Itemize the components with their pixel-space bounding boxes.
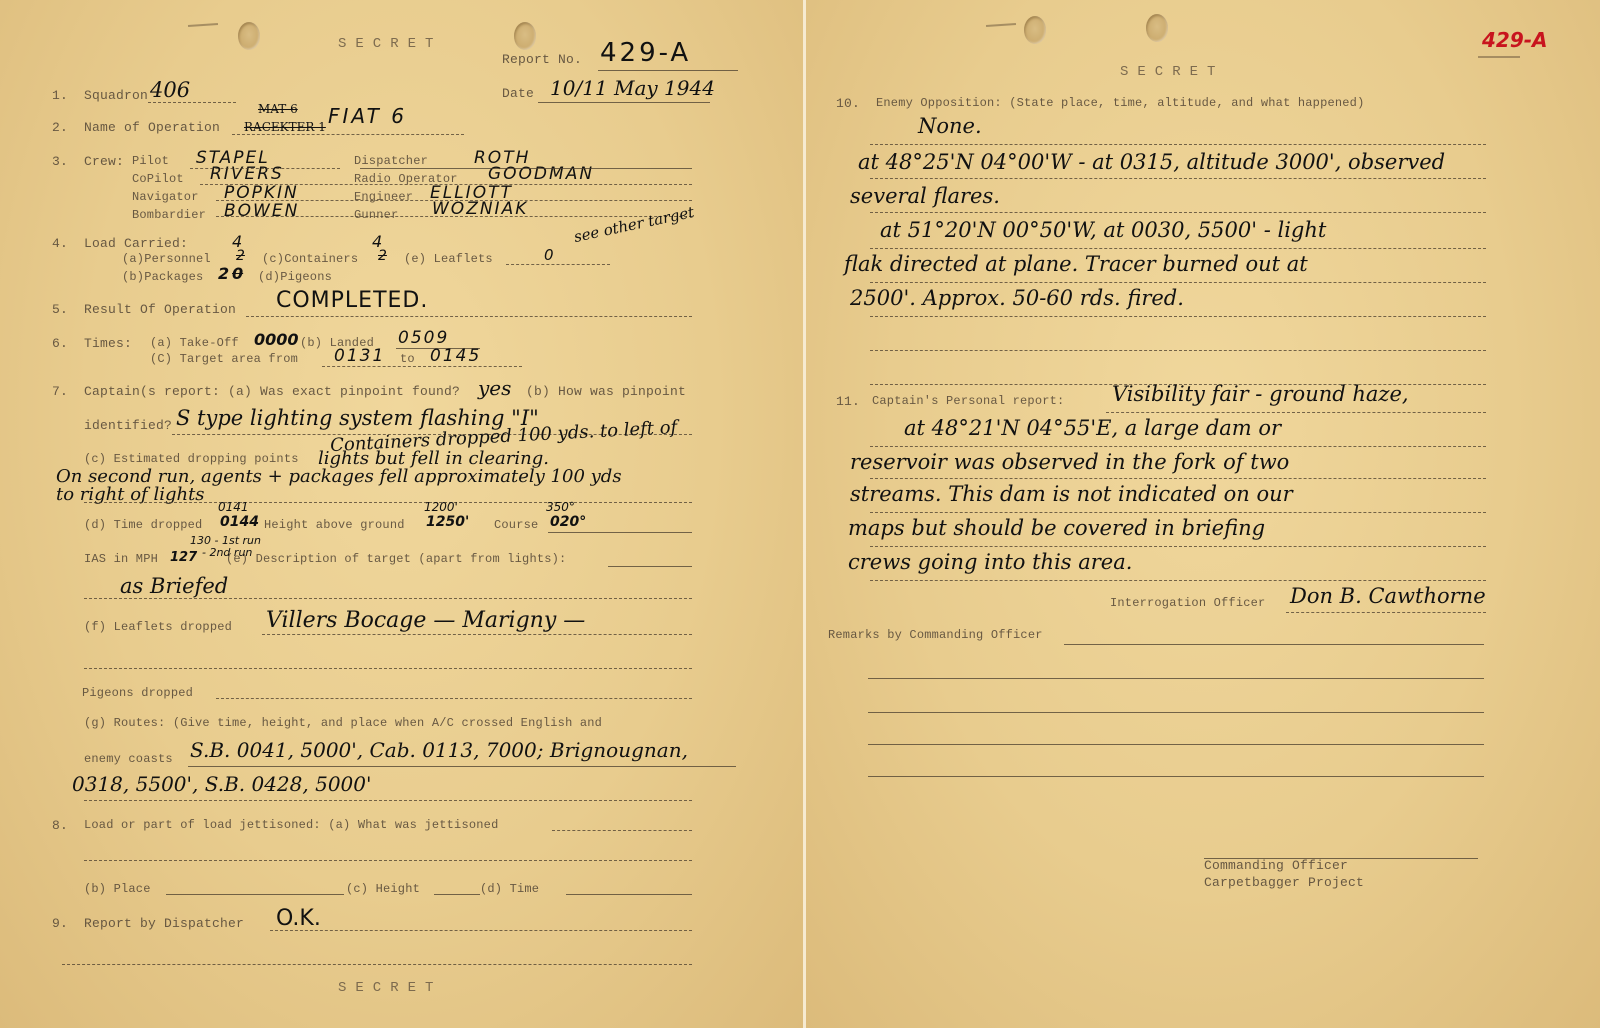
crew-line	[190, 168, 340, 169]
jettisoned-label: Load or part of load jettisoned: (a) Wha…	[84, 818, 498, 832]
target-description-line	[84, 598, 692, 599]
date-line	[538, 102, 710, 103]
leaflets-dropped-label: (f) Leaflets dropped	[84, 620, 232, 634]
operation-struck-name: RACEKTER 1	[244, 120, 326, 134]
dropping-points-line	[84, 502, 692, 503]
personal-report-text: at 48°21'N 04°55'E, a large dam or	[904, 416, 1281, 440]
captain-report-label: Captain(s report: (a) Was exact pinpoint…	[84, 384, 460, 399]
paper-tear	[188, 23, 218, 27]
target-to-label: to	[400, 352, 415, 366]
punch-hole	[238, 22, 260, 50]
leaflets-note: see other target	[572, 203, 695, 246]
squadron-line	[148, 102, 236, 103]
item-number: 9.	[52, 916, 68, 931]
course-line	[548, 532, 692, 533]
report-number-stamp: 429-A	[1482, 28, 1548, 52]
leaflets-dropped-value: Villers Bocage — Marigny —	[266, 608, 585, 633]
interrogation-officer-signature: Don B. Cawthorne	[1290, 584, 1486, 608]
report-no-value: 429-A	[600, 38, 691, 68]
enemy-line	[870, 350, 1486, 351]
load-label: Load Carried:	[84, 236, 188, 251]
squadron-value: 406	[150, 78, 190, 102]
result-line	[246, 316, 692, 317]
ias-value: 127	[170, 550, 197, 565]
report-no-line	[598, 70, 738, 71]
packages-label: (b)Packages	[122, 270, 203, 284]
times-label: Times:	[84, 336, 132, 351]
operation-label: Name of Operation	[84, 120, 220, 135]
pigeons-dropped-line	[216, 698, 692, 699]
punch-hole	[514, 22, 536, 50]
personal-line	[870, 546, 1486, 547]
crew-line	[360, 168, 692, 169]
course-first: 350°	[546, 500, 575, 514]
personal-line	[870, 512, 1486, 513]
paper-tear	[986, 23, 1016, 27]
target-to-value: 0145	[430, 346, 481, 366]
personal-report-text: crews going into this area.	[848, 550, 1132, 574]
item-number: 2.	[52, 120, 68, 135]
enemy-opposition-text: at 48°25'N 04°00'W - at 0315, altitude 3…	[858, 150, 1445, 174]
personnel-struck: 2	[236, 248, 245, 264]
height-label: Height above ground	[264, 518, 405, 532]
enemy-opposition-text: None.	[918, 114, 982, 138]
routes-line	[84, 800, 692, 801]
personal-line	[1106, 412, 1486, 413]
dispatcher-value: O.K.	[276, 906, 321, 931]
leaflets-line	[506, 264, 610, 265]
leaflets-dropped-line	[84, 668, 692, 669]
personnel-label: (a)Personnel	[122, 252, 211, 266]
item-number: 6.	[52, 336, 68, 351]
crew-role: Gunner	[354, 208, 398, 222]
enemy-opposition-text: several flares.	[850, 184, 1000, 208]
personal-line	[870, 478, 1486, 479]
takeoff-value: 0000	[254, 330, 299, 349]
punch-hole	[1024, 16, 1046, 44]
dispatcher-line	[62, 964, 692, 965]
operation-struck-name: MAT 6	[258, 102, 298, 116]
enemy-opposition-text: at 51°20'N 00°50'W, at 0030, 5500' - lig…	[880, 218, 1326, 242]
target-description-value: as Briefed	[120, 574, 228, 598]
interrogation-line	[1286, 612, 1486, 613]
co-project: Carpetbagger Project	[1204, 875, 1364, 890]
routes-label: (g) Routes: (Give time, height, and plac…	[84, 716, 602, 730]
pigeons-dropped-label: Pigeons dropped	[82, 686, 193, 700]
enemy-line	[870, 144, 1486, 145]
item-number: 4.	[52, 236, 68, 251]
dispatcher-line	[270, 930, 692, 931]
crew-role: Dispatcher	[354, 154, 428, 168]
routes-label: enemy coasts	[84, 752, 173, 766]
crew-line	[200, 184, 692, 185]
personal-report-text: streams. This dam is not indicated on ou…	[850, 482, 1293, 506]
leaflets-dropped-line	[262, 634, 692, 635]
remarks-line	[868, 712, 1484, 713]
personal-line	[870, 580, 1486, 581]
item-number: 11.	[836, 394, 860, 409]
co-title: Commanding Officer	[1204, 858, 1348, 873]
identified-label: identified?	[84, 418, 172, 433]
personal-report-text: maps but should be covered in briefing	[848, 516, 1265, 540]
target-description-label: (e) Description of target (apart from li…	[226, 552, 566, 566]
routes-line	[188, 766, 736, 767]
jettisoned-line	[84, 860, 692, 861]
remarks-line	[868, 776, 1484, 777]
personal-line	[870, 446, 1486, 447]
dropping-points-label: (c) Estimated dropping points	[84, 452, 299, 466]
item-number: 5.	[52, 302, 68, 317]
height-value: 1250'	[426, 514, 469, 530]
enemy-line	[870, 248, 1486, 249]
height-label: (c) Height	[346, 882, 420, 896]
report-page-left: SECRET Report No. 429-A 1. Squadron 406 …	[0, 0, 803, 1028]
place-line	[166, 894, 344, 895]
remarks-line	[868, 744, 1484, 745]
result-value: COMPLETED.	[276, 288, 428, 313]
item-number: 10.	[836, 96, 860, 111]
target-line	[322, 366, 522, 367]
crew-name: GOODMAN	[488, 164, 594, 184]
crew-role: Navigator	[132, 190, 199, 204]
crew-label: Crew:	[84, 154, 124, 169]
jettisoned-line	[552, 830, 692, 831]
secret-header: SECRET	[338, 36, 442, 52]
date-label: Date	[502, 86, 534, 101]
enemy-opposition-text: 2500'. Approx. 50-60 rds. fired.	[850, 286, 1184, 310]
crew-line	[216, 200, 692, 201]
remarks-line	[868, 678, 1484, 679]
date-value: 10/11 May 1944	[550, 76, 715, 100]
height-line	[434, 894, 480, 895]
routes-value: 0318, 5500', S.B. 0428, 5000'	[72, 772, 372, 796]
crew-role: Pilot	[132, 154, 169, 168]
crew-line	[216, 216, 692, 217]
crew-role: Bombardier	[132, 208, 206, 222]
target-description-line	[608, 566, 692, 567]
remarks-label: Remarks by Commanding Officer	[828, 628, 1043, 642]
item-number: 3.	[52, 154, 68, 169]
personal-report-label: Captain's Personal report:	[872, 394, 1064, 408]
item-number: 1.	[52, 88, 68, 103]
target-from-value: 0131	[334, 346, 385, 366]
takeoff-label: (a) Take-Off	[150, 336, 239, 350]
crew-name: BOWEN	[224, 201, 299, 221]
report-page-right: SECRET 10. Enemy Opposition: (State plac…	[806, 0, 1600, 1028]
result-label: Result Of Operation	[84, 302, 236, 317]
report-no-label: Report No.	[502, 52, 582, 67]
course-value: 020°	[550, 514, 586, 530]
interrogation-officer-label: Interrogation Officer	[1110, 596, 1265, 610]
time-dropped-value: 0144	[220, 514, 259, 530]
enemy-line	[870, 316, 1486, 317]
place-label: (b) Place	[84, 882, 151, 896]
remarks-line	[1064, 644, 1484, 645]
crew-role: Engineer	[354, 190, 413, 204]
containers-label: (c)Containers	[262, 252, 358, 266]
target-area-label: (C) Target area from	[150, 352, 298, 366]
pinpoint-how-label: (b) How was pinpoint	[526, 384, 686, 399]
landed-value: 0509	[398, 328, 449, 348]
crew-role: CoPilot	[132, 172, 184, 186]
enemy-line	[870, 282, 1486, 283]
leaflets-label: (e) Leaflets	[404, 252, 493, 266]
packages-value: 2	[218, 264, 229, 283]
item-number: 7.	[52, 384, 68, 399]
crew-name: RIVERS	[210, 164, 284, 184]
time-line	[566, 894, 692, 895]
routes-value: S.B. 0041, 5000', Cab. 0113, 7000; Brign…	[190, 738, 688, 762]
personal-report-text: reservoir was observed in the fork of tw…	[850, 450, 1289, 474]
enemy-line	[870, 212, 1486, 213]
time-label: (d) Time	[480, 882, 539, 896]
course-label: Course	[494, 518, 538, 532]
packages-struck: 0	[232, 264, 243, 283]
paper-tear	[1478, 56, 1520, 58]
operation-line	[232, 134, 464, 135]
punch-hole	[1146, 14, 1168, 42]
containers-struck: 2	[378, 248, 387, 264]
time-dropped-label: (d) Time dropped	[84, 518, 202, 532]
secret-footer: SECRET	[338, 980, 442, 996]
enemy-line	[870, 178, 1486, 179]
squadron-label: Squadron	[84, 88, 148, 103]
enemy-opposition-label: Enemy Opposition: (State place, time, al…	[876, 96, 1364, 110]
secret-header: SECRET	[1120, 64, 1224, 80]
time-dropped-first: 0141	[218, 500, 249, 514]
leaflets-value: 0	[544, 246, 554, 264]
enemy-opposition-text: flak directed at plane. Tracer burned ou…	[844, 252, 1308, 276]
height-first: 1200'	[424, 500, 458, 514]
pigeons-label: (d)Pigeons	[258, 270, 332, 284]
pinpoint-found-value: yes	[478, 376, 511, 400]
ias-label: IAS in MPH	[84, 552, 158, 566]
personal-report-text: Visibility fair - ground haze,	[1112, 382, 1409, 406]
dispatcher-label: Report by Dispatcher	[84, 916, 244, 931]
operation-value: FIAT 6	[328, 104, 407, 128]
item-number: 8.	[52, 818, 68, 833]
